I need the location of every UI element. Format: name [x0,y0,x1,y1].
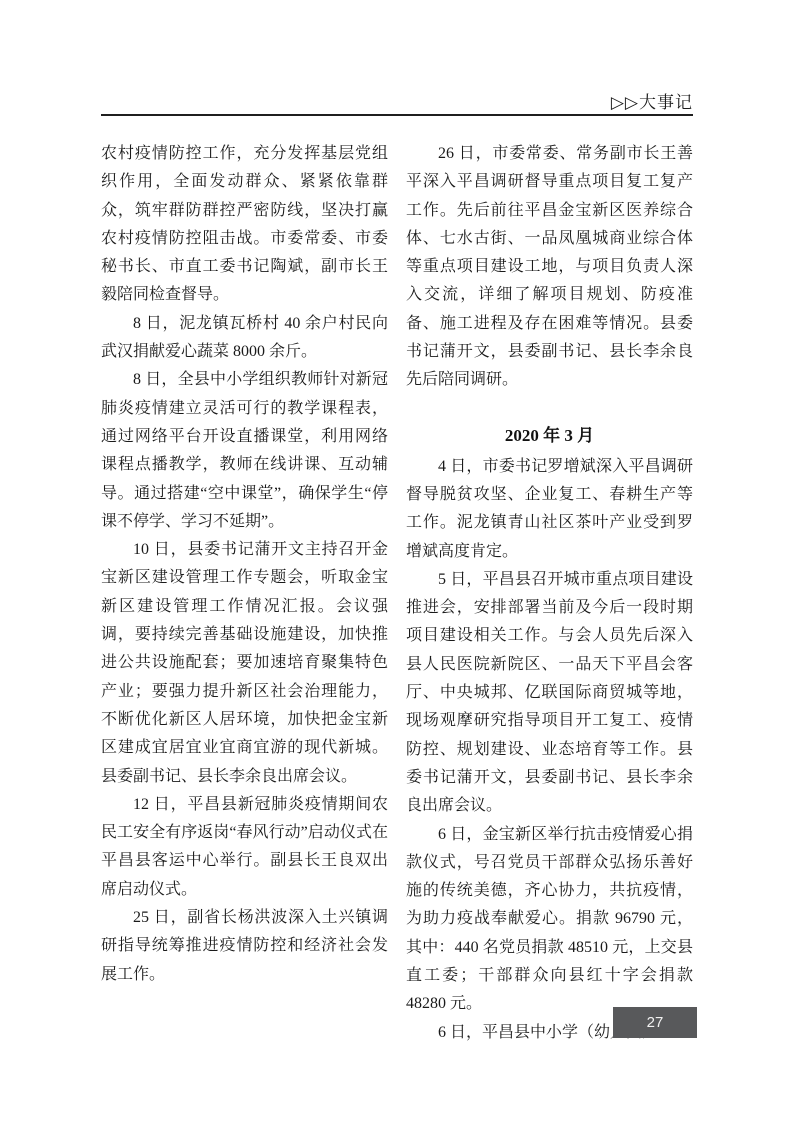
page-number-badge: 27 [613,1007,697,1038]
text-columns: 农村疫情防控工作，充分发挥基层党组织作用，全面发动群众、紧紧依靠群众，筑牢群防群… [101,140,693,1047]
paragraph: 12 日，平昌县新冠肺炎疫情期间农民工安全有序返岗“春风行动”启动仪式在平昌县客… [101,791,388,904]
paragraph: 25 日，副省长杨洪波深入土兴镇调研指导统筹推进疫情防控和经济社会发展工作。 [101,904,388,989]
paragraph: 8 日，泥龙镇瓦桥村 40 余户村民向武汉捐献爱心蔬菜 8000 余斤。 [101,310,388,367]
paragraph: 农村疫情防控工作，充分发挥基层党组织作用，全面发动群众、紧紧依靠群众，筑牢群防群… [101,140,388,310]
paragraph: 8 日，全县中小学组织教师针对新冠肺炎疫情建立灵活可行的教学课程表，通过网络平台… [101,366,388,536]
right-column: 26 日，市委常委、常务副市长王善平深入平昌调研督导重点项目复工复产工作。先后前… [406,140,693,1047]
page-number: 27 [647,1014,664,1031]
paragraph: 4 日，市委书记罗增斌深入平昌调研督导脱贫攻坚、企业复工、春耕生产等工作。泥龙镇… [406,453,693,566]
running-header: ▷▷大事记 [101,88,693,113]
paragraph: 6 日，金宝新区举行抗击疫情爱心捐款仪式，号召党员干部群众弘扬乐善好施的传统美德… [406,821,693,1019]
document-page: ▷▷大事记 农村疫情防控工作，充分发挥基层党组织作用，全面发动群众、紧紧依靠群众… [0,0,793,1122]
section-heading-march-2020: 2020 年 3 月 [406,421,693,451]
left-column: 农村疫情防控工作，充分发挥基层党组织作用，全面发动群众、紧紧依靠群众，筑牢群防群… [101,140,388,1047]
paragraph: 5 日，平昌县召开城市重点项目建设推进会，安排部署当前及今后一段时期项目建设相关… [406,566,693,821]
paragraph: 10 日，县委书记蒲开文主持召开金宝新区建设管理工作专题会，听取金宝新区建设管理… [101,536,388,791]
paragraph: 26 日，市委常委、常务副市长王善平深入平昌调研督导重点项目复工复产工作。先后前… [406,140,693,395]
header-rule [101,114,693,116]
